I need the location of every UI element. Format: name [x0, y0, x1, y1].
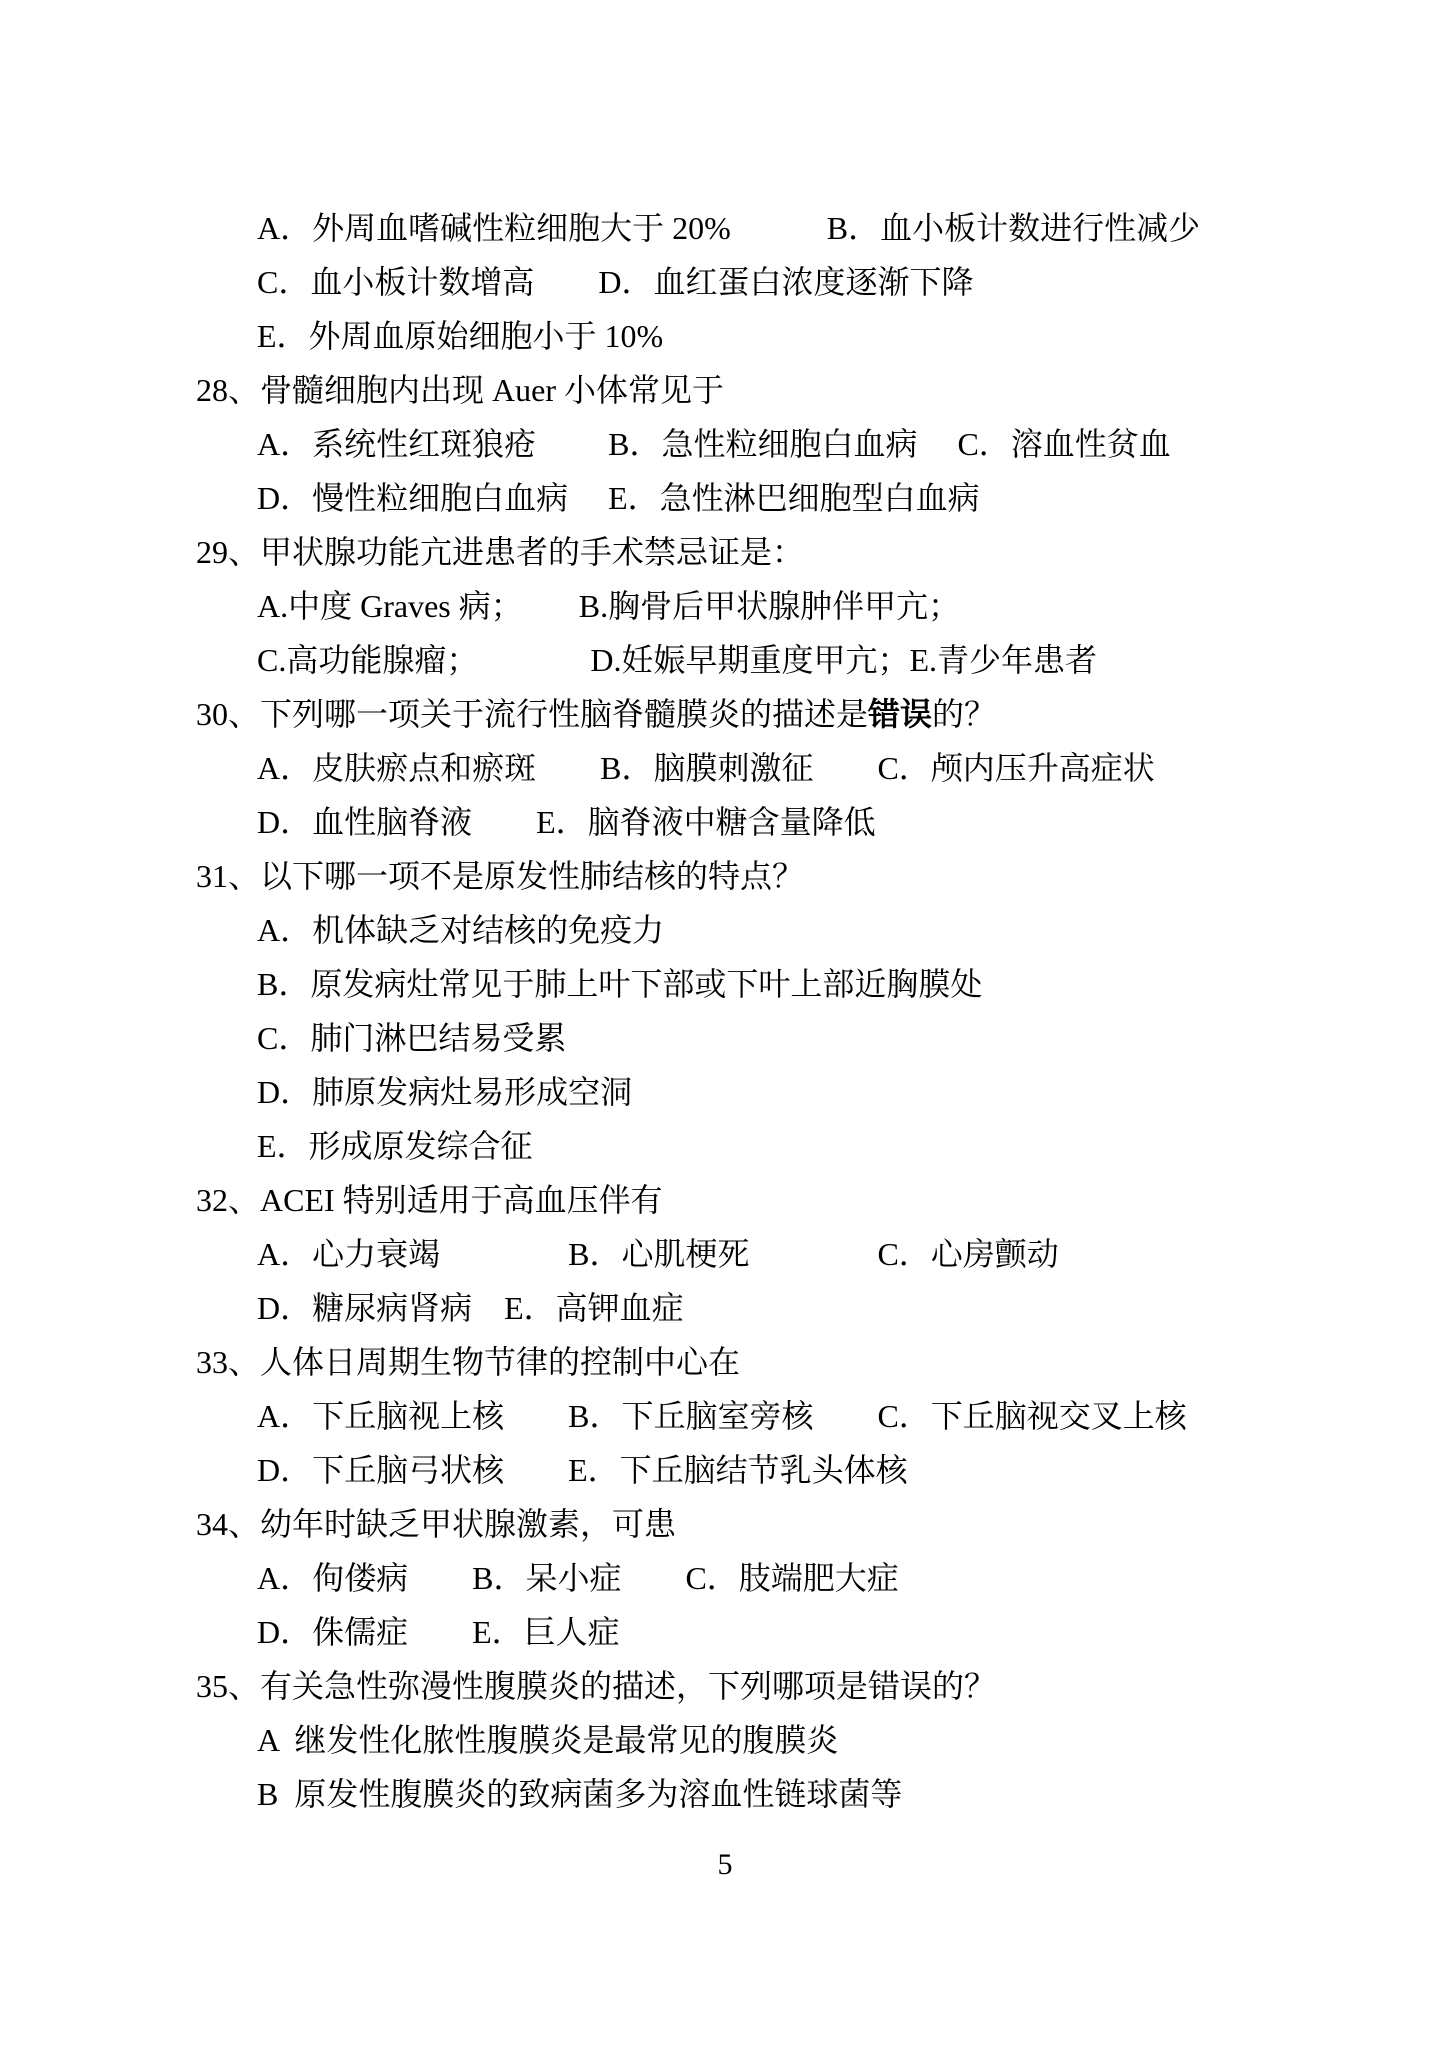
option-line: A 继发性化脓性腹膜炎是最常见的腹膜炎 — [0, 1713, 1450, 1767]
question-line: 28、骨髓细胞内出现 Auer 小体常见于 — [0, 363, 1450, 417]
question-line: 30、下列哪一项关于流行性脑脊髓膜炎的描述是错误的？ — [0, 687, 1450, 741]
exam-page: A．外周血嗜碱性粒细胞大于 20% B．血小板计数进行性减少 C．血小板计数增高… — [0, 0, 1450, 2048]
question-line: 35、有关急性弥漫性腹膜炎的描述，下列哪项是错误的？ — [0, 1659, 1450, 1713]
option-line: E．外周血原始细胞小于 10% — [0, 309, 1450, 363]
question-line: 33、人体日周期生物节律的控制中心在 — [0, 1335, 1450, 1389]
option-line: A.中度 Graves 病； B.胸骨后甲状腺肿伴甲亢； — [0, 579, 1450, 633]
option-line: C．血小板计数增高 D．血红蛋白浓度逐渐下降 — [0, 255, 1450, 309]
option-line: A．皮肤瘀点和瘀斑 B．脑膜刺激征 C．颅内压升高症状 — [0, 741, 1450, 795]
option-line: D．下丘脑弓状核 E．下丘脑结节乳头体核 — [0, 1443, 1450, 1497]
question-list: A．外周血嗜碱性粒细胞大于 20% B．血小板计数进行性减少 C．血小板计数增高… — [0, 201, 1450, 1821]
option-line: A．佝偻病 B．呆小症 C．肢端肥大症 — [0, 1551, 1450, 1605]
option-line: E．形成原发综合征 — [0, 1119, 1450, 1173]
question-line: 31、以下哪一项不是原发性肺结核的特点？ — [0, 849, 1450, 903]
option-line: D．侏儒症 E．巨人症 — [0, 1605, 1450, 1659]
option-line: A．外周血嗜碱性粒细胞大于 20% B．血小板计数进行性减少 — [0, 201, 1450, 255]
question-text: 30、下列哪一项关于流行性脑脊髓膜炎的描述是 — [196, 696, 868, 732]
option-line: D．糖尿病肾病 E．高钾血症 — [0, 1281, 1450, 1335]
option-line: B．原发病灶常见于肺上叶下部或下叶上部近胸膜处 — [0, 957, 1450, 1011]
option-line: D．慢性粒细胞白血病 E．急性淋巴细胞型白血病 — [0, 471, 1450, 525]
option-line: D．肺原发病灶易形成空洞 — [0, 1065, 1450, 1119]
question-line: 29、甲状腺功能亢进患者的手术禁忌证是： — [0, 525, 1450, 579]
question-line: 32、ACEI 特别适用于高血压伴有 — [0, 1173, 1450, 1227]
question-line: 34、幼年时缺乏甲状腺激素，可患 — [0, 1497, 1450, 1551]
option-line: A．机体缺乏对结核的免疫力 — [0, 903, 1450, 957]
option-line: A．系统性红斑狼疮 B．急性粒细胞白血病 C．溶血性贫血 — [0, 417, 1450, 471]
question-text: 的？ — [932, 696, 996, 732]
option-line: D．血性脑脊液 E．脑脊液中糖含量降低 — [0, 795, 1450, 849]
option-line: A．下丘脑视上核 B．下丘脑室旁核 C．下丘脑视交叉上核 — [0, 1389, 1450, 1443]
option-line: B 原发性腹膜炎的致病菌多为溶血性链球菌等 — [0, 1767, 1450, 1821]
option-line: C．肺门淋巴结易受累 — [0, 1011, 1450, 1065]
option-line: C.高功能腺瘤； D.妊娠早期重度甲亢；E.青少年患者 — [0, 633, 1450, 687]
page-number: 5 — [0, 1840, 1450, 1890]
question-text-bold: 错误 — [868, 696, 932, 732]
option-line: A．心力衰竭 B．心肌梗死 C．心房颤动 — [0, 1227, 1450, 1281]
